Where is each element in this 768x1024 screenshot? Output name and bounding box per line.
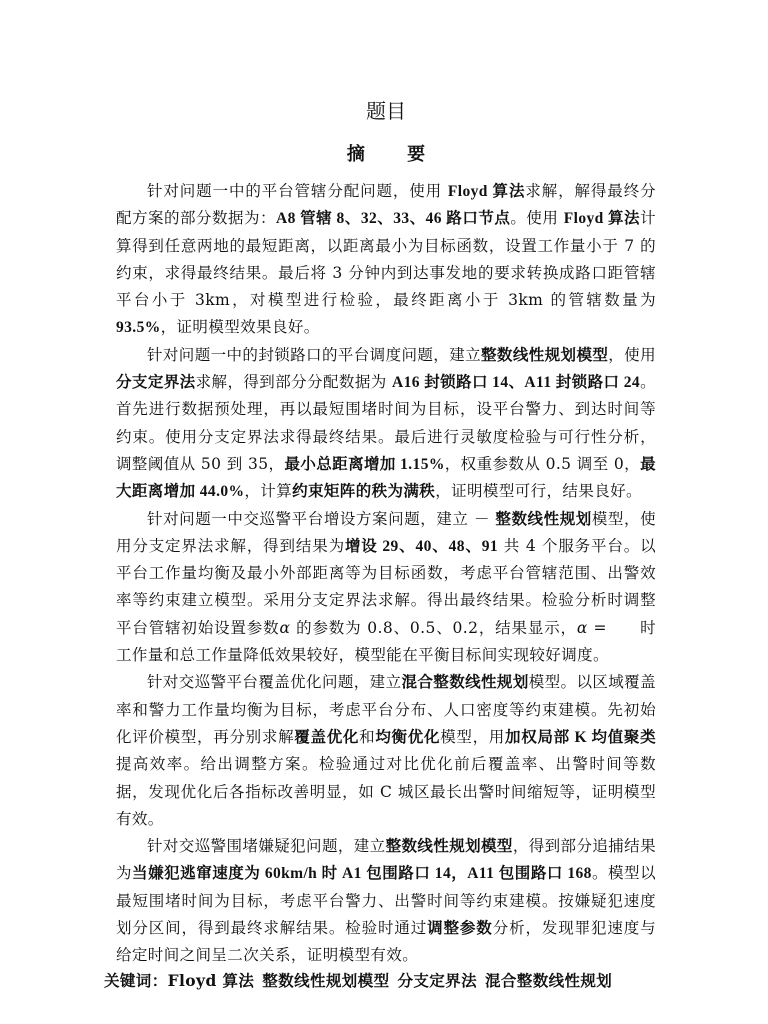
body-text: 提高效率。给出调整方案。检验通过对比优化前后覆盖率、出警时间等数据，发现优化后各… bbox=[116, 755, 656, 828]
keyword: 混合整数线性规划 bbox=[485, 971, 612, 990]
emphasis-text: 93.5% bbox=[116, 319, 161, 336]
emphasis-text: 约束矩阵的秩为满秩 bbox=[292, 483, 435, 500]
body-text: 。使用 bbox=[510, 209, 563, 227]
emphasis-text: 混合整数线性规划 bbox=[402, 674, 529, 691]
keywords-label: 关键词： bbox=[104, 971, 168, 990]
body-text: ，计算 bbox=[244, 482, 292, 500]
body-text: 针对交巡警平台覆盖优化问题，建立 bbox=[147, 673, 402, 691]
emphasis-text: 覆盖优化 bbox=[294, 729, 359, 746]
emphasis-text: 整数线性规划 bbox=[495, 511, 591, 528]
body-text: 和 bbox=[359, 728, 375, 746]
abstract-paragraph: 针对问题一中的封锁路口的平台调度问题，建立整数线性规划模型，使用分支定界法求解，… bbox=[116, 342, 656, 506]
body-text: ，权重参数从 0.5 调至 0， bbox=[445, 455, 640, 473]
body-text: 针对问题一中的封锁路口的平台调度问题，建立 bbox=[147, 346, 481, 364]
emphasis-text: 调整参数 bbox=[427, 920, 493, 937]
body-text: ，证明模型效果良好。 bbox=[161, 318, 320, 336]
keyword: 整数线性规划模型 bbox=[262, 971, 389, 990]
abstract-heading: 摘 要 bbox=[116, 142, 656, 168]
emphasis-text: A8 管辖 8、32、33、46 路口节点 bbox=[276, 210, 510, 227]
body-text: 针对问题一中的平台管辖分配问题，使用 bbox=[147, 182, 448, 200]
document-title: 题目 bbox=[116, 97, 656, 125]
abstract-paragraph: 针对问题一中交巡警平台增设方案问题，建立 － 整数线性规划模型，使用分支定界法求… bbox=[116, 506, 656, 670]
emphasis-text: 整数线性规划模型 bbox=[386, 838, 513, 855]
abstract-paragraph: 针对交巡警平台覆盖优化问题，建立混合整数线性规划模型。以区域覆盖率和警力工作量均… bbox=[116, 669, 656, 833]
emphasis-text: 增设 29、40、48、91 bbox=[345, 538, 498, 555]
abstract-paragraph: 针对交巡警围堵嫌疑犯问题，建立整数线性规划模型，得到部分追捕结果为当嫌犯逃窜速度… bbox=[116, 833, 656, 969]
body-text: 的参数为 0.8、0.5、0.2，结果显示， bbox=[290, 619, 577, 637]
body-text: 模型，用 bbox=[440, 728, 505, 746]
abstract-body: 针对问题一中的平台管辖分配问题，使用 Floyd 算法求解，解得最终分配方案的部… bbox=[116, 178, 656, 992]
keyword: 分支定界法 bbox=[397, 971, 477, 990]
emphasis-text: 加权局部 K 均值聚类 bbox=[505, 729, 656, 746]
emphasis-text: A16 封锁路口 14、A11 封锁路口 24 bbox=[392, 374, 640, 391]
emphasis-text: 分支定界法 bbox=[116, 374, 196, 391]
emphasis-text: 最小总距离增加 1.15% bbox=[284, 456, 444, 473]
emphasis-text: 整数线性规划模型 bbox=[481, 347, 608, 364]
abstract-paragraph: 针对问题一中的平台管辖分配问题，使用 Floyd 算法求解，解得最终分配方案的部… bbox=[116, 178, 656, 342]
math-symbol: α = bbox=[577, 619, 607, 637]
math-symbol: α bbox=[279, 619, 290, 637]
emphasis-text: 均衡优化 bbox=[375, 729, 440, 746]
body-text: 求解，得到部分分配数据为 bbox=[196, 373, 392, 391]
body-text: ，使用 bbox=[608, 346, 656, 364]
keyword: Floyd 算法 bbox=[168, 971, 255, 990]
body-text: ，证明模型可行，结果良好。 bbox=[435, 482, 642, 500]
emphasis-text: Floyd 算法 bbox=[564, 210, 640, 227]
emphasis-text: 当嫌犯逃窜速度为 60km/h 时 A1 包围路口 14，A11 包围路口 16… bbox=[132, 865, 592, 882]
keywords-line: 关键词：Floyd 算法整数线性规划模型分支定界法混合整数线性规划 bbox=[104, 970, 656, 992]
emphasis-text: Floyd 算法 bbox=[448, 183, 525, 200]
body-text: 针对问题一中交巡警平台增设方案问题，建立 － bbox=[147, 510, 495, 528]
body-text: 针对交巡警围堵嫌疑犯问题，建立 bbox=[147, 837, 386, 855]
